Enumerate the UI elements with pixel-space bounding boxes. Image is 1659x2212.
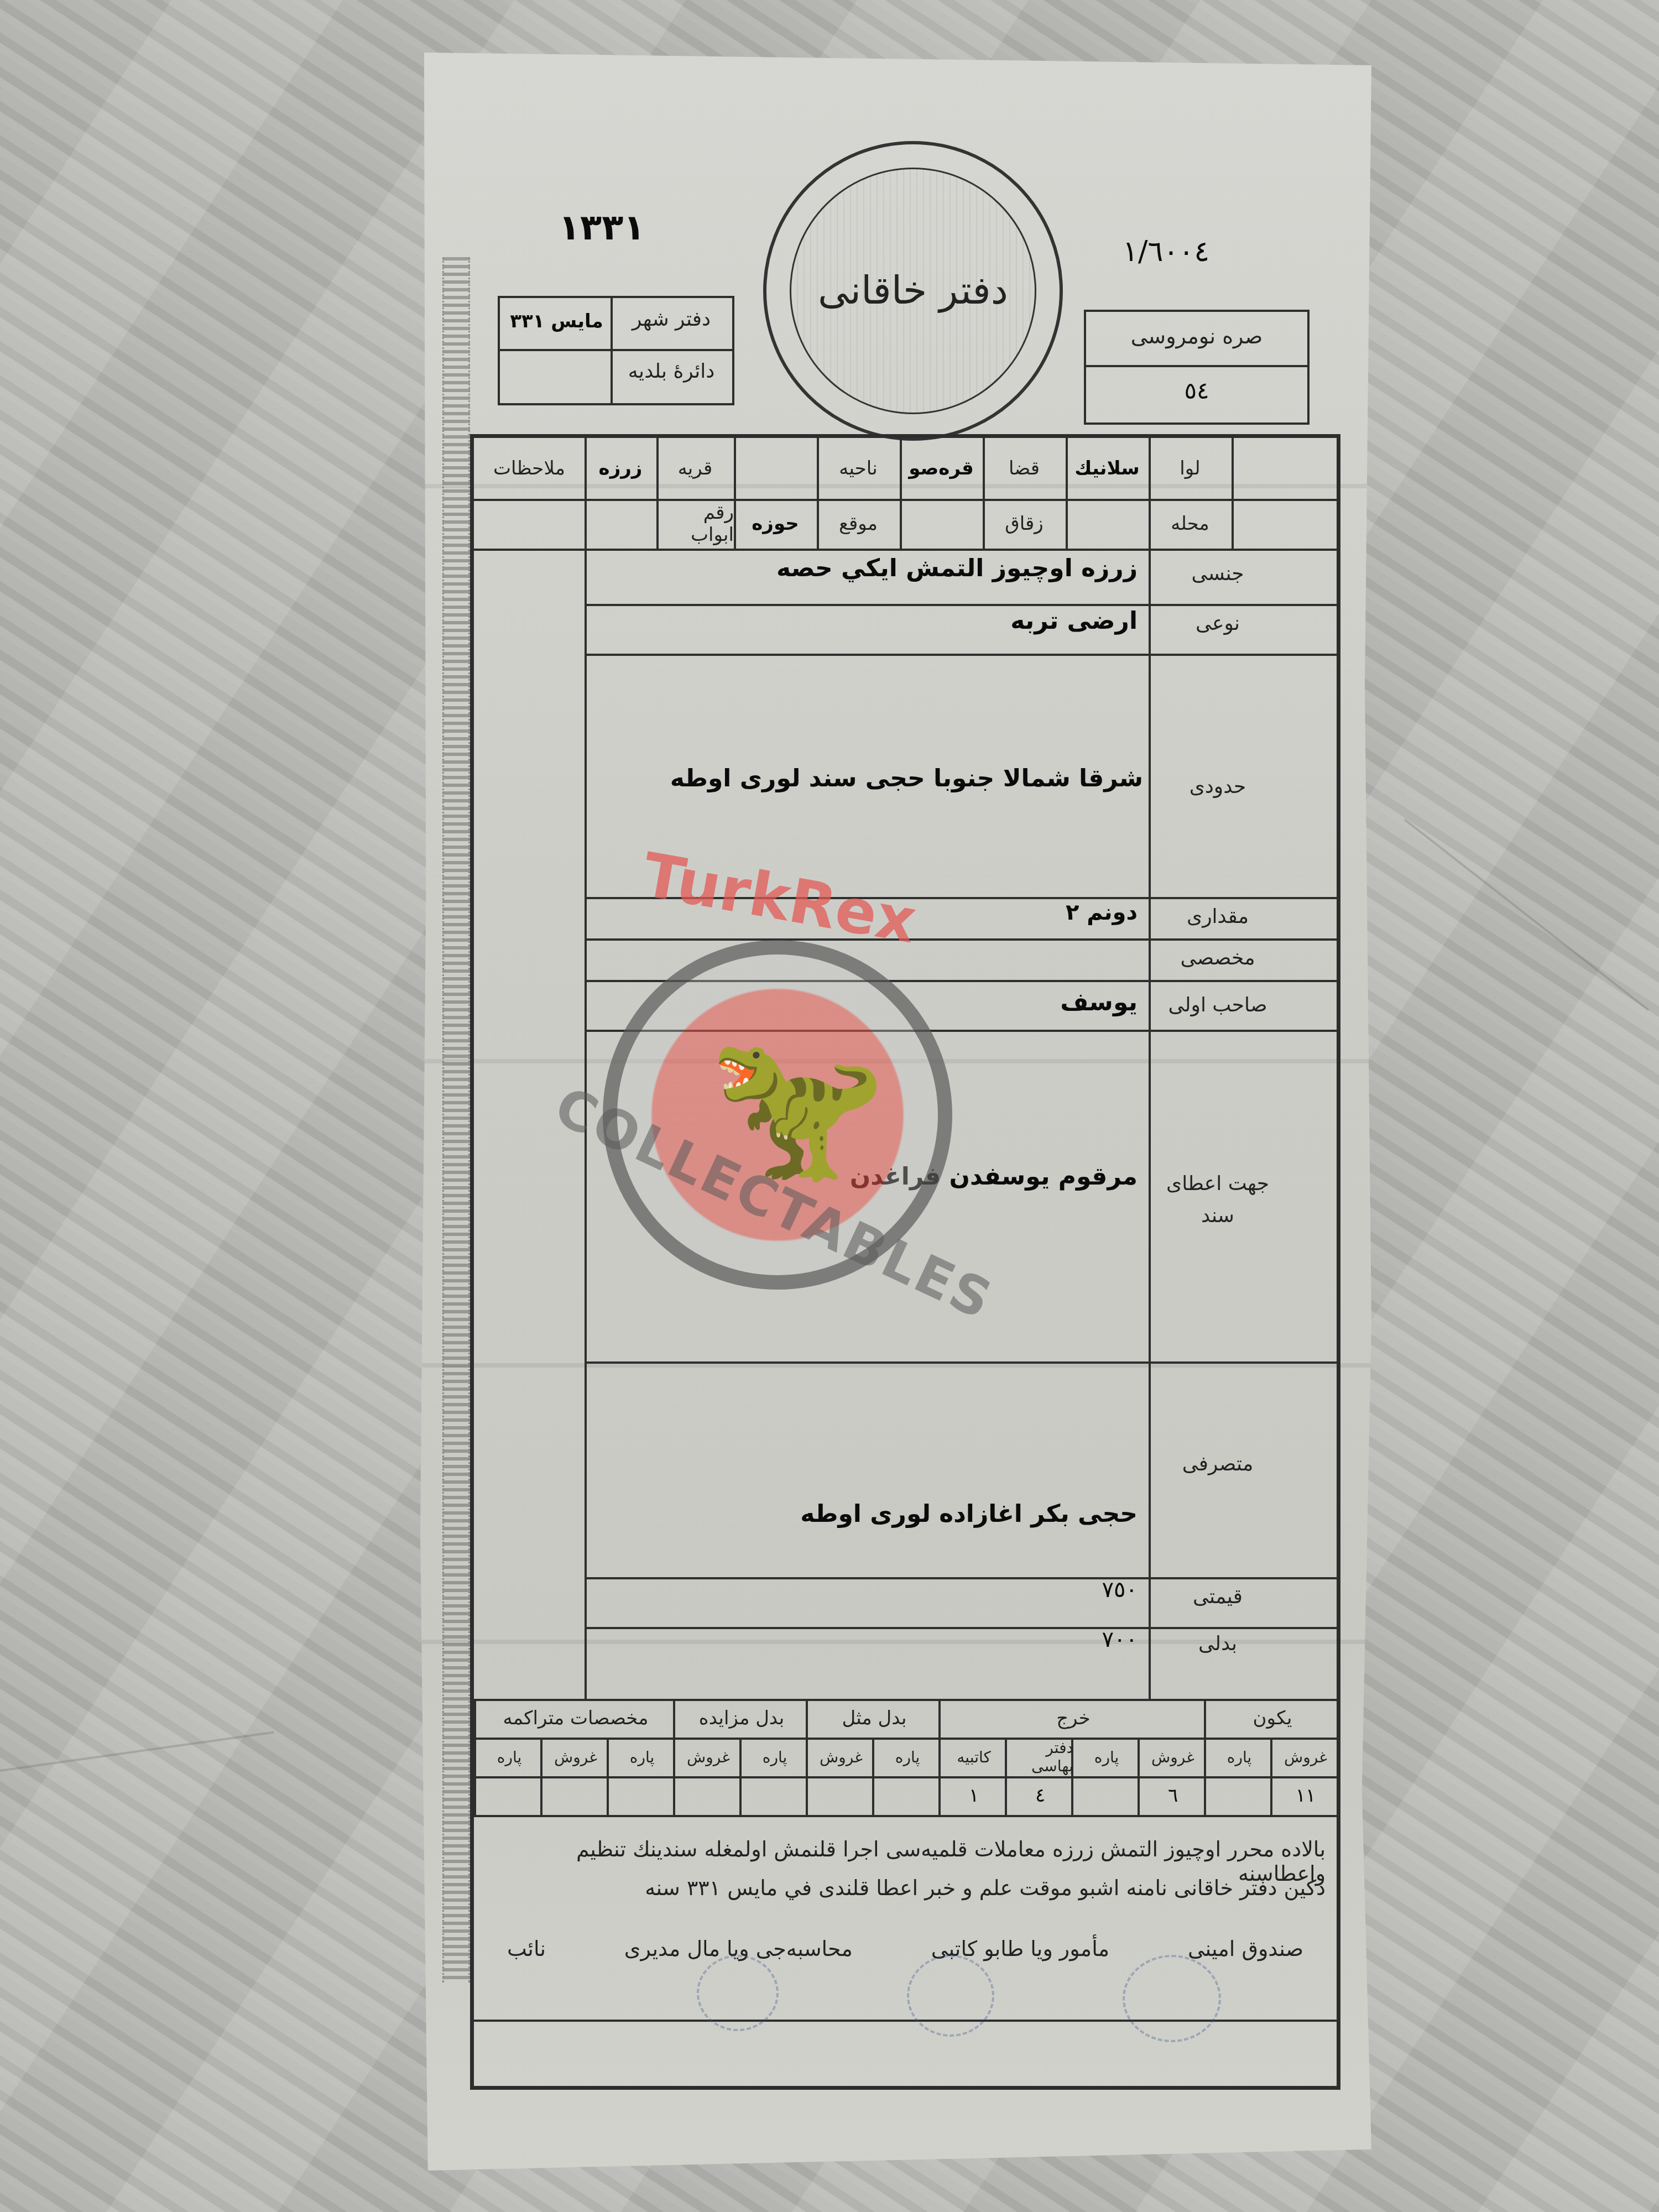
location-label: موقع bbox=[817, 504, 900, 543]
ornamental-border bbox=[442, 257, 470, 1983]
door-number-label: رقم ابواب bbox=[656, 504, 734, 543]
fee-group-header: خرج bbox=[938, 1699, 1206, 1738]
fee-value bbox=[474, 1776, 542, 1815]
fee-value: ٤ bbox=[1005, 1776, 1073, 1815]
fee-value bbox=[1071, 1776, 1140, 1815]
fee-column-header: پاره bbox=[1071, 1738, 1140, 1776]
province-label: لوا bbox=[1149, 449, 1232, 488]
signature-label: صندوق امينى bbox=[1188, 1937, 1303, 1961]
fee-value bbox=[540, 1776, 609, 1815]
title-deed-document: ١٣٣١ ١/٦٠٠٤ دفتر خاقانى دفتر شهر دائرهٔ … bbox=[420, 53, 1371, 2171]
bundle-number-label: صره نومروسى bbox=[1086, 324, 1307, 348]
field-value-boundaries: شرقا شمالا جنوبا حجى سند لورى اوطه bbox=[667, 764, 1143, 792]
department-label: دائرهٔ بلديه bbox=[613, 360, 729, 383]
office-label: دفتر شهر bbox=[613, 308, 729, 331]
field-value-owner: حجى بكر اغازاده لورى اوطه bbox=[706, 1500, 1138, 1528]
field-label-allocation: مخصصى bbox=[1168, 947, 1267, 969]
issue-date: مايس ٣٣١ bbox=[505, 310, 608, 332]
fee-value bbox=[1204, 1776, 1272, 1815]
fee-column-header: غروش bbox=[673, 1738, 742, 1776]
footer-clause-line2: دكين دفتر خاقانى نامنه اشبو موقت علم و خ… bbox=[485, 1876, 1326, 1900]
fee-value bbox=[673, 1776, 742, 1815]
fee-column-header: كاتبيه bbox=[938, 1738, 1007, 1776]
location-value: حوزه bbox=[734, 504, 817, 543]
seal-text: دفتر خاقانى bbox=[790, 168, 1036, 414]
faint-stamp bbox=[697, 1955, 779, 2031]
district-label: قضا bbox=[983, 449, 1066, 488]
fee-value: ١١ bbox=[1270, 1776, 1339, 1815]
header-left-box: دفتر شهر دائرهٔ بلديه مايس ٣٣١ bbox=[498, 296, 734, 405]
fee-column-header: پاره bbox=[739, 1738, 808, 1776]
fee-group-header: يكون bbox=[1204, 1699, 1339, 1738]
fee-value bbox=[806, 1776, 874, 1815]
signature-label: نائب bbox=[507, 1937, 546, 1961]
field-value-kind: ارضى تربه bbox=[861, 607, 1138, 635]
fee-group-header: بدل مثل bbox=[806, 1699, 941, 1738]
field-label-grant-reason: جهت اعطاى سند bbox=[1160, 1168, 1276, 1232]
village-value: زرزه bbox=[585, 449, 656, 488]
floor-seam bbox=[1404, 818, 1650, 1011]
fee-value bbox=[607, 1776, 675, 1815]
bundle-number-value: ٥٤ bbox=[1086, 377, 1307, 404]
neighborhood-label: محله bbox=[1149, 504, 1232, 543]
serial-number: ١/٦٠٠٤ bbox=[1123, 235, 1209, 268]
fee-column-header: پاره bbox=[474, 1738, 542, 1776]
fee-column-header: پاره bbox=[872, 1738, 941, 1776]
faint-stamp bbox=[907, 1955, 994, 2037]
year-mark: ١٣٣١ bbox=[559, 207, 645, 248]
village-label: قريه bbox=[656, 449, 734, 488]
field-value-previous-owner: يوسف bbox=[972, 988, 1138, 1016]
fee-column-header: دفتر بهاسى bbox=[1005, 1738, 1073, 1776]
street-label: زقاق bbox=[983, 504, 1066, 543]
fee-value bbox=[739, 1776, 808, 1815]
field-label-area: مقدارى bbox=[1168, 905, 1267, 928]
field-label-kind: نوعى bbox=[1168, 612, 1267, 635]
field-value-grant-reason: مرقوم يوسفدن فراغدن bbox=[784, 1162, 1138, 1191]
subdistrict-label: ناحيه bbox=[817, 449, 900, 488]
fee-column-header: غروش bbox=[806, 1738, 874, 1776]
field-label-price: بدلى bbox=[1168, 1632, 1267, 1655]
field-label-previous-owner: صاحب اولى bbox=[1160, 994, 1276, 1016]
field-value-type: زرزه اوچيوز التمش ايكي حصه bbox=[761, 554, 1138, 582]
fee-group-header: بدل مزايده bbox=[673, 1699, 808, 1738]
fee-column-header: غروش bbox=[1270, 1738, 1339, 1776]
header-right-box: صره نومروسى ٥٤ bbox=[1084, 310, 1310, 425]
fee-value: ٦ bbox=[1138, 1776, 1206, 1815]
fee-value bbox=[872, 1776, 941, 1815]
fee-column-header: غروش bbox=[540, 1738, 609, 1776]
floor-seam bbox=[0, 1731, 274, 1772]
fee-column-header: پاره bbox=[1204, 1738, 1272, 1776]
faint-stamp bbox=[1123, 1955, 1221, 2042]
field-value-value: ٧٥٠ bbox=[1071, 1577, 1138, 1603]
fee-value: ١ bbox=[938, 1776, 1007, 1815]
field-label-boundaries: حدودى bbox=[1168, 775, 1267, 798]
field-value-price: ٧٠٠ bbox=[1071, 1627, 1138, 1652]
notes-label: ملاحظات bbox=[474, 449, 585, 488]
fee-column-header: غروش bbox=[1138, 1738, 1206, 1776]
field-value-owner-line1: ‏ bbox=[889, 1389, 1138, 1417]
district-value: قره‌صو bbox=[900, 449, 983, 488]
fee-column-header: پاره bbox=[607, 1738, 675, 1776]
field-label-value: قيمتى bbox=[1168, 1585, 1267, 1608]
main-form-frame: ملاحظات زرزه قريه رقم ابواب حوزه موقع نا… bbox=[470, 434, 1340, 2090]
field-label-type: جنسى bbox=[1168, 562, 1267, 585]
field-value-area: دونم ٢ bbox=[972, 900, 1138, 925]
imperial-seal: دفتر خاقانى bbox=[763, 141, 1063, 441]
province-value: سلانيك bbox=[1066, 449, 1149, 488]
fee-group-header: مخصصات متراكمه bbox=[474, 1699, 675, 1738]
fee-table: يكونخرجبدل مثلبدل مزايدهمخصصات متراكمهغر… bbox=[474, 1699, 1337, 1815]
field-label-owner: متصرفى bbox=[1168, 1453, 1267, 1475]
